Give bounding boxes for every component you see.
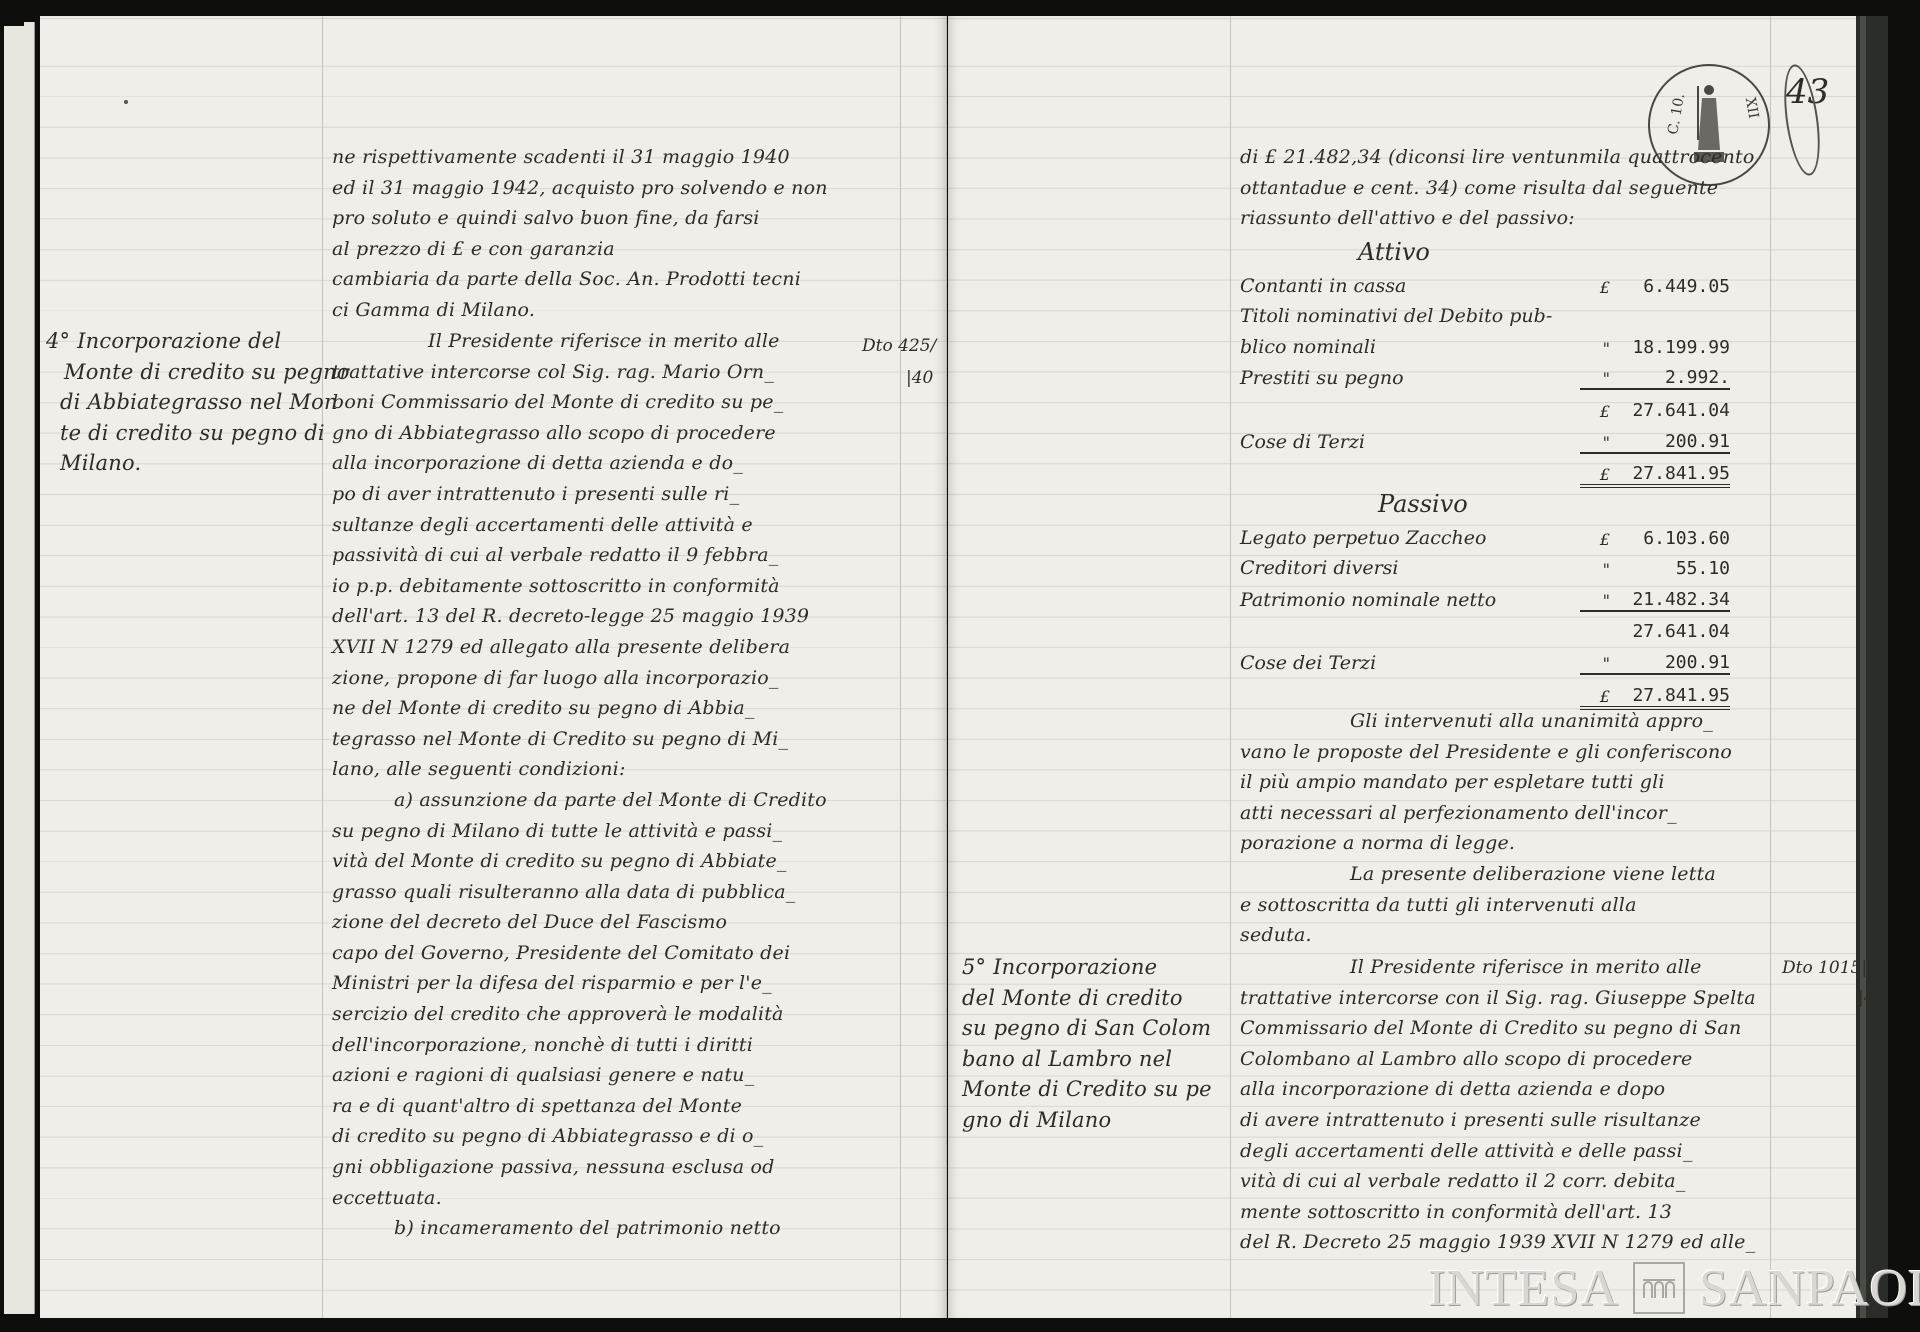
ledger-row: Cose di Terzi"200.91 [1240,421,1730,453]
text-line: passività di cui al verbale redatto il 9… [332,540,827,571]
ledger-total-row: £27.841.95 [1240,674,1730,708]
open-ledger-book: ne rispettivamente scadenti il 31 maggio… [0,0,1920,1332]
text-line: XVII N 1279 ed allegato alla presente de… [332,632,827,663]
text-line: Il Presidente riferisce in merito alle [1240,952,1756,983]
text-line: mente sottoscritto in conformità dell'ar… [1240,1197,1756,1228]
text-line: dell'art. 13 del R. decreto-legge 25 mag… [332,601,827,632]
text-line: ne rispettivamente scadenti il 31 maggio… [332,142,828,173]
heading-line: gno di Milano [962,1105,1212,1136]
text-line: alla incorporazione di detta azienda e d… [332,448,827,479]
ledger-row: Cose dei Terzi"200.91 [1240,642,1730,674]
text-line: su pegno di Milano di tutte le attività … [332,816,827,847]
heading-line: Monte di credito su pegno [46,357,350,388]
heading-line: te di credito su pegno di [46,418,350,449]
ledger-row: Titoli nominativi del Debito pub- [1240,297,1730,328]
attivo-table: Contanti in cassa£6.449.05 Titoli nomina… [1240,266,1730,488]
section-5-margin-ref: Dto 1015| [1782,958,1867,978]
heading-line: 5° Incorporazione [962,952,1212,983]
text-line: Commissario del Monte di Credito su pegn… [1240,1013,1756,1044]
text-line: del R. Decreto 25 maggio 1939 XVII N 127… [1240,1227,1756,1258]
text-line: La presente deliberazione viene letta [1240,859,1732,890]
section-5-body: Il Presidente riferisce in merito alle t… [1240,952,1756,1258]
section-4-margin-ref: Dto 425/ [862,336,936,356]
text-line: cambiaria da parte della Soc. An. Prodot… [332,264,828,295]
section-4-margin-sub: |40 [906,368,933,388]
text-line: ra e di quant'altro di spettanza del Mon… [332,1091,827,1122]
text-line: capo del Governo, Presidente del Comitat… [332,938,827,969]
text-line: al prezzo di £ e con garanzia [332,234,828,265]
text-line: Gli intervenuti alla unanimità appro_ [1240,706,1732,737]
text-line: sercizio del credito che approverà le mo… [332,999,827,1030]
text-line: azioni e ragioni di qualsiasi genere e n… [332,1060,827,1091]
left-top-text: ne rispettivamente scadenti il 31 maggio… [332,142,828,326]
text-line: b) incameramento del patrimonio netto [332,1213,827,1244]
text-line: ed il 31 maggio 1942, acquisto pro solve… [332,173,828,204]
section-5-margin-sub: |40 [1858,988,1885,1008]
margin-rule [1770,16,1771,1318]
margin-rule [1230,16,1231,1318]
text-line: gni obbligazione passiva, nessuna esclus… [332,1152,827,1183]
margin-rule [900,16,901,1318]
text-line: lano, alle seguenti condizioni: [332,754,827,785]
text-line: vano le proposte del Presidente e gli co… [1240,737,1732,768]
section-5-heading: 5° Incorporazione del Monte di credito s… [962,952,1212,1136]
ledger-row: Patrimonio nominale netto"21.482.34 [1240,579,1730,611]
text-line: Colombano al Lambro allo scopo di proced… [1240,1044,1756,1075]
ledger-row: Legato perpetuo Zaccheo£6.103.60 [1240,518,1730,549]
text-line: seduta. [1240,920,1732,951]
heading-line: 4° Incorporazione del [46,326,350,357]
text-line: pro soluto e quindi salvo buon fine, da … [332,203,828,234]
approval-text: Gli intervenuti alla unanimità appro_ va… [1240,706,1732,951]
passivo-table: Legato perpetuo Zaccheo£6.103.60 Credito… [1240,518,1730,710]
text-line: boni Commissario del Monte di credito su… [332,387,827,418]
margin-rule [322,16,323,1318]
text-line: ci Gamma di Milano. [332,295,828,326]
heading-line: Monte di Credito su pe [962,1074,1212,1105]
ledger-row: blico nominali"18.199.99 [1240,327,1730,358]
margin-ref: Dto 1015 [1782,958,1861,978]
ledger-row: Prestiti su pegno"2.992. [1240,358,1730,390]
text-line: tegrasso nel Monte di Credito su pegno d… [332,724,827,755]
page-edge [24,22,35,1314]
text-line: trattative intercorse con il Sig. rag. G… [1240,983,1756,1014]
heading-line: Milano. [46,448,350,479]
stamp-left-text: C. 10. [1665,92,1688,136]
right-intro-text: di £ 21.482,34 (diconsi lire ventunmila … [1240,142,1754,234]
binding-edge [1856,16,1888,1318]
text-line: vità di cui al verbale redatto il 2 corr… [1240,1166,1756,1197]
ledger-row: Contanti in cassa£6.449.05 [1240,266,1730,297]
text-line: a) assunzione da parte del Monte di Cred… [332,785,827,816]
left-page: ne rispettivamente scadenti il 31 maggio… [40,16,947,1318]
text-line: di £ 21.482,34 (diconsi lire ventunmila … [1240,142,1754,173]
text-line: grasso quali risulteranno alla data di p… [332,877,827,908]
arches-logo-icon [1633,1262,1685,1314]
text-line: trattative intercorse col Sig. rag. Mari… [332,357,827,388]
text-line: di credito su pegno di Abbiategrasso e d… [332,1121,827,1152]
heading-line: su pegno di San Colom [962,1013,1212,1044]
text-line: ne del Monte di credito su pegno di Abbi… [332,693,827,724]
text-line: alla incorporazione di detta azienda e d… [1240,1074,1756,1105]
text-line: vità del Monte di credito su pegno di Ab… [332,846,827,877]
ledger-subtotal-row: 27.641.04 [1240,611,1730,643]
text-line: il più ampio mandato per espletare tutti… [1240,767,1732,798]
text-line: degli accertamenti delle attività e dell… [1240,1136,1756,1167]
heading-line: del Monte di credito [962,983,1212,1014]
text-line: gno di Abbiategrasso allo scopo di proce… [332,418,827,449]
stamp-right-text: XII [1742,96,1761,119]
text-line: dell'incorporazione, nonchè di tutti i d… [332,1030,827,1061]
text-line: zione, propone di far luogo alla incorpo… [332,663,827,694]
section-4-body: Il Presidente riferisce in merito alle t… [332,326,827,1244]
ledger-subtotal-row: £27.641.04 [1240,389,1730,421]
text-line: atti necessari al perfezionamento dell'i… [1240,798,1732,829]
attivo-title: Attivo [1358,238,1430,266]
margin-ref: Dto 425 [862,336,931,356]
margin-sub: 40 [1864,988,1886,1008]
passivo-title: Passivo [1378,490,1468,518]
section-4-heading: 4° Incorporazione del Monte di credito s… [46,326,350,479]
text-line: e sottoscritta da tutti gli intervenuti … [1240,890,1732,921]
watermark-left-text: INTESA [1428,1259,1619,1318]
text-line: sultanze degli accertamenti delle attivi… [332,510,827,541]
text-line: ottantadue e cent. 34) come risulta dal … [1240,173,1754,204]
text-line: po di aver intrattenuto i presenti sulle… [332,479,827,510]
right-page: C. 10. XII 43 di £ 21.482,34 (diconsi li… [948,16,1888,1318]
text-line: io p.p. debitamente sottoscritto in conf… [332,571,827,602]
text-line: porazione a norma di legge. [1240,828,1732,859]
ink-speck [124,100,128,104]
text-line: riassunto dell'attivo e del passivo: [1240,203,1754,234]
text-line: di avere intrattenuto i presenti sulle r… [1240,1105,1756,1136]
heading-line: di Abbiategrasso nel Mon [46,387,350,418]
ledger-total-row: £27.841.95 [1240,453,1730,487]
text-line: zione del decreto del Duce del Fascismo [332,907,827,938]
intesa-sanpaolo-watermark: INTESA SANPAOLO [1428,1262,1920,1314]
watermark-right-text: SANPAOLO [1699,1259,1920,1318]
margin-sub: 40 [912,368,934,388]
ledger-row: Creditori diversi"55.10 [1240,549,1730,580]
text-line: Ministri per la difesa del risparmio e p… [332,968,827,999]
text-line: eccettuata. [332,1183,827,1214]
text-line: Il Presidente riferisce in merito alle [332,326,827,357]
heading-line: bano al Lambro nel [962,1044,1212,1075]
